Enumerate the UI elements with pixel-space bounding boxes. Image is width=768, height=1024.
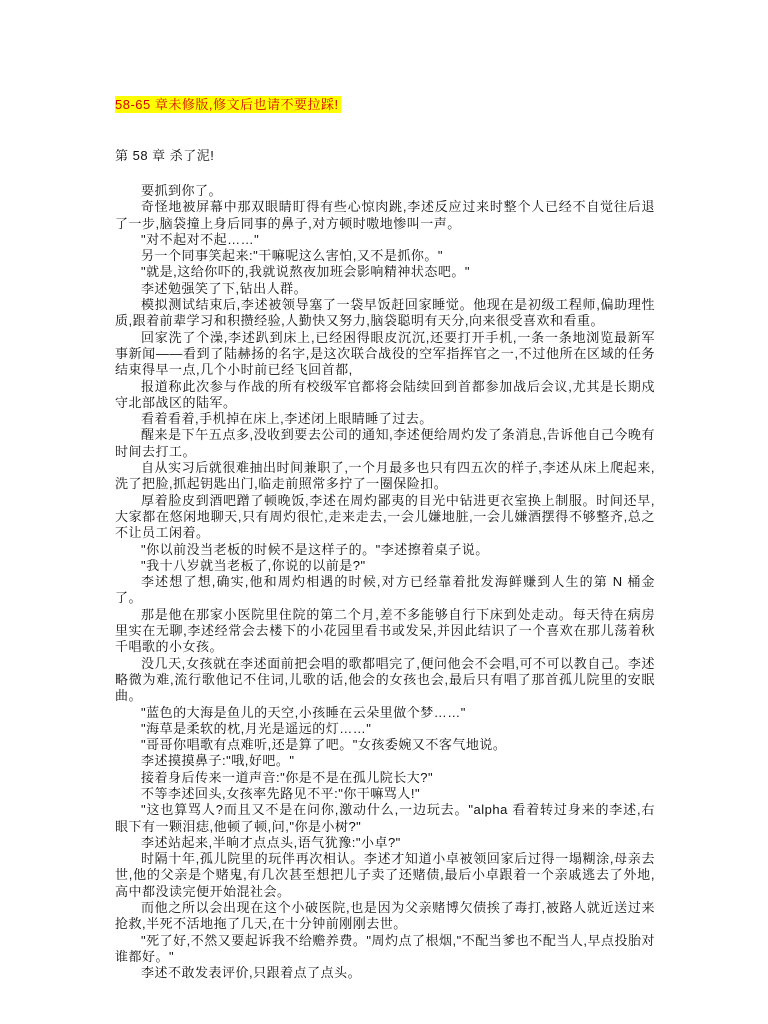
paragraph: 而他之所以会出现在这个小破医院,也是因为父亲赌博欠债挨了毒打,被路人就近送过来抢… [115, 900, 655, 933]
paragraph: 看着看着,手机掉在床上,李述闭上眼睛睡了过去。 [115, 411, 655, 427]
chapter-body: 要抓到你了。奇怪地被屏幕中那双眼睛盯得有些心惊肉跳,李述反应过来时整个人已经不自… [115, 183, 655, 982]
paragraph: 回家洗了个澡,李述趴到床上,已经困得眼皮沉沉,还要打开手机,一条一条地浏览最新军… [115, 330, 655, 379]
paragraph: 自从实习后就很难抽出时间兼职了,一个月最多也只有四五次的样子,李述从床上爬起来,… [115, 460, 655, 493]
paragraph: "这也算骂人?而且又不是在问你,激动什么,一边玩去。"alpha 看着转过身来的… [115, 802, 655, 835]
paragraph: 另一个同事笑起来:"干嘛呢这么害怕,又不是抓你。" [115, 248, 655, 264]
paragraph: 李述摸摸鼻子:"哦,好吧。" [115, 753, 655, 769]
paragraph: 没几天,女孩就在李述面前把会唱的歌都唱完了,便问他会不会唱,可不可以教自己。李述… [115, 656, 655, 705]
paragraph: 那是他在那家小医院里住院的第二个月,差不多能够自行下床到处走动。每天待在病房里实… [115, 607, 655, 656]
paragraph: "你以前没当老板的时候不是这样子的。"李述擦着桌子说。 [115, 542, 655, 558]
paragraph: 时隔十年,孤儿院里的玩伴再次相认。李述才知道小卓被领回家后过得一塌糊涂,母亲去世… [115, 851, 655, 900]
paragraph: 李述不敢发表评价,只跟着点了点头。 [115, 965, 655, 981]
paragraph: "对不起对不起……" [115, 232, 655, 248]
paragraph: 奇怪地被屏幕中那双眼睛盯得有些心惊肉跳,李述反应过来时整个人已经不自觉往后退了一… [115, 199, 655, 232]
author-notice-highlight: 58-65 章未修版,修文后也请不要拉踩! [115, 96, 341, 113]
paragraph: 不等李述回头,女孩率先路见不平:"你干嘛骂人!" [115, 786, 655, 802]
paragraph: 要抓到你了。 [115, 183, 655, 199]
paragraph: "就是,这给你吓的,我就说熬夜加班会影响精神状态吧。" [115, 264, 655, 280]
paragraph: "我十八岁就当老板了,你说的以前是?" [115, 558, 655, 574]
paragraph: 李述想了想,确实,他和周灼相遇的时候,对方已经靠着批发海鲜赚到人生的第 N 桶金… [115, 574, 655, 607]
paragraph: 模拟测试结束后,李述被领导塞了一袋早饭赶回家睡觉。他现在是初级工程师,偏助理性质… [115, 297, 655, 330]
paragraph: 厚着脸皮到酒吧蹭了顿晚饭,李述在周灼鄙夷的目光中钻进更衣室换上制服。时间还早,大… [115, 493, 655, 542]
paragraph: "海草是柔软的枕,月光是遥远的灯……" [115, 721, 655, 737]
notice-line: 58-65 章未修版,修文后也请不要拉踩! [115, 97, 655, 113]
paragraph: 报道称此次参与作战的所有校级军官都将会陆续回到首都参加战后会议,尤其是长期戍守北… [115, 379, 655, 412]
chapter-title: 第 58 章 杀了泥! [115, 148, 655, 164]
paragraph: "哥哥你唱歌有点难听,还是算了吧。"女孩委婉又不客气地说。 [115, 737, 655, 753]
paragraph: 接着身后传来一道声音:"你是不是在孤儿院长大?" [115, 770, 655, 786]
paragraph: 醒来是下午五点多,没收到要去公司的通知,李述便给周灼发了条消息,告诉他自己今晚有… [115, 427, 655, 460]
document-page: 58-65 章未修版,修文后也请不要拉踩! 第 58 章 杀了泥! 要抓到你了。… [0, 0, 768, 1024]
paragraph: "死了好,不然又要起诉我不给赡养费。"周灼点了根烟,"不配当爹也不配当人,早点投… [115, 933, 655, 966]
paragraph: 李述站起来,半晌才点点头,语气犹豫:"小卓?" [115, 835, 655, 851]
paragraph: 李述勉强笑了下,钻出人群。 [115, 281, 655, 297]
paragraph: "蓝色的大海是鱼儿的天空,小孩睡在云朵里做个梦……" [115, 705, 655, 721]
